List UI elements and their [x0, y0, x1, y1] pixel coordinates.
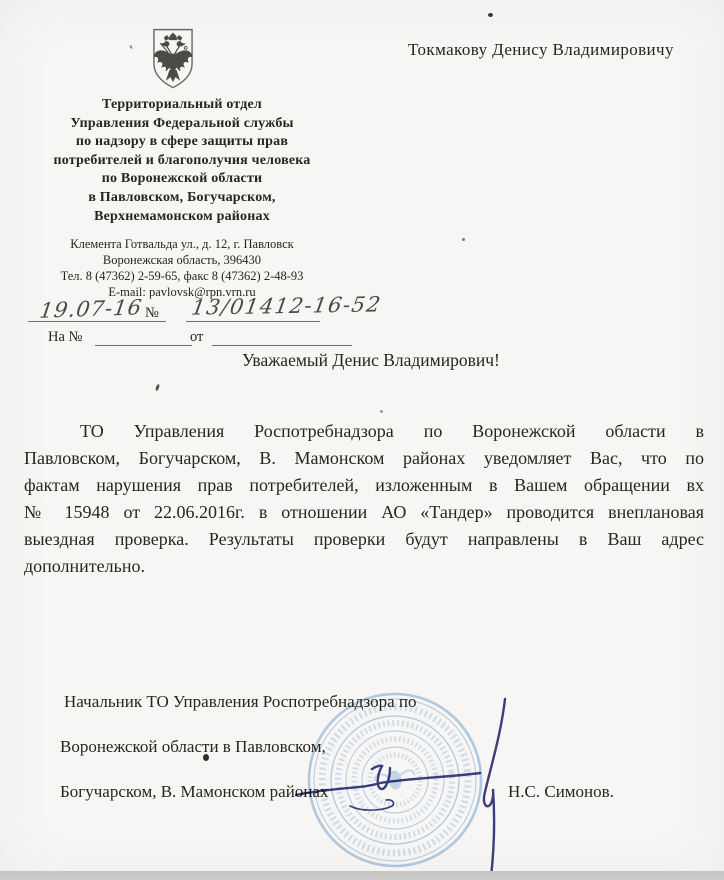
outgoing-number-handwritten: 13/01412-16-52 [190, 292, 384, 319]
number-sign-label: № [145, 305, 159, 322]
scan-bottom-edge [0, 871, 724, 880]
contact-info: Клемента Готвальда ул., д. 12, г. Павлов… [8, 237, 356, 301]
signature-ink [270, 680, 530, 880]
letterhead-line: потребителей и благополучия человека [8, 152, 356, 171]
letterhead-line: по Воронежской области [8, 170, 356, 189]
contact-line-region: Воронежская область, 396430 [8, 253, 356, 269]
scan-speck [155, 384, 160, 392]
ref-underline [186, 321, 320, 322]
scan-speck [488, 13, 493, 17]
body-line: Павловском, Богучарском, В. Мамонском ра… [24, 445, 704, 472]
outgoing-date-handwritten: 19.07-16 [38, 295, 144, 323]
russian-coat-of-arms-icon [146, 27, 200, 91]
letterhead-line: в Павловском, Богучарском, [8, 189, 356, 208]
letterhead-line: по надзору в сфере защиты прав [8, 133, 356, 152]
scan-speck [129, 45, 133, 49]
addressee: Токмакову Денису Владимировичу [408, 40, 674, 60]
body-paragraph: ТО Управления Роспотребнадзора по Вороне… [24, 418, 704, 580]
letterhead-line: Верхнемамонском районах [8, 208, 356, 227]
contact-line-phone: Тел. 8 (47362) 2-59-65, факс 8 (47362) 2… [8, 269, 356, 285]
scan-speck [462, 238, 465, 241]
scan-speck [203, 754, 209, 761]
ref-underline [212, 345, 352, 346]
ref-underline [28, 321, 166, 322]
salutation: Уважаемый Денис Владимирович! [242, 350, 500, 371]
letterhead-line: Территориальный отдел [8, 96, 356, 115]
scanned-letter: Токмакову Денису Владимировичу Территори… [0, 0, 724, 880]
body-line: фактам нарушения прав потребителей, изло… [24, 472, 704, 499]
body-line: № 15948 от 22.06.2016г. в отношении АО «… [24, 499, 704, 526]
reply-from-label: от [190, 329, 203, 346]
contact-line-address: Клемента Готвальда ул., д. 12, г. Павлов… [8, 237, 356, 253]
body-line: выездная проверка. Результаты проверки б… [24, 526, 704, 553]
reply-to-label: На № [48, 329, 82, 346]
body-line: дополнительно. [24, 553, 704, 580]
scan-speck [380, 410, 383, 413]
letterhead: Территориальный отдел Управления Федерал… [8, 96, 356, 226]
letterhead-line: Управления Федеральной службы [8, 115, 356, 134]
body-line: ТО Управления Роспотребнадзора по Вороне… [24, 418, 704, 445]
ref-underline [95, 345, 192, 346]
